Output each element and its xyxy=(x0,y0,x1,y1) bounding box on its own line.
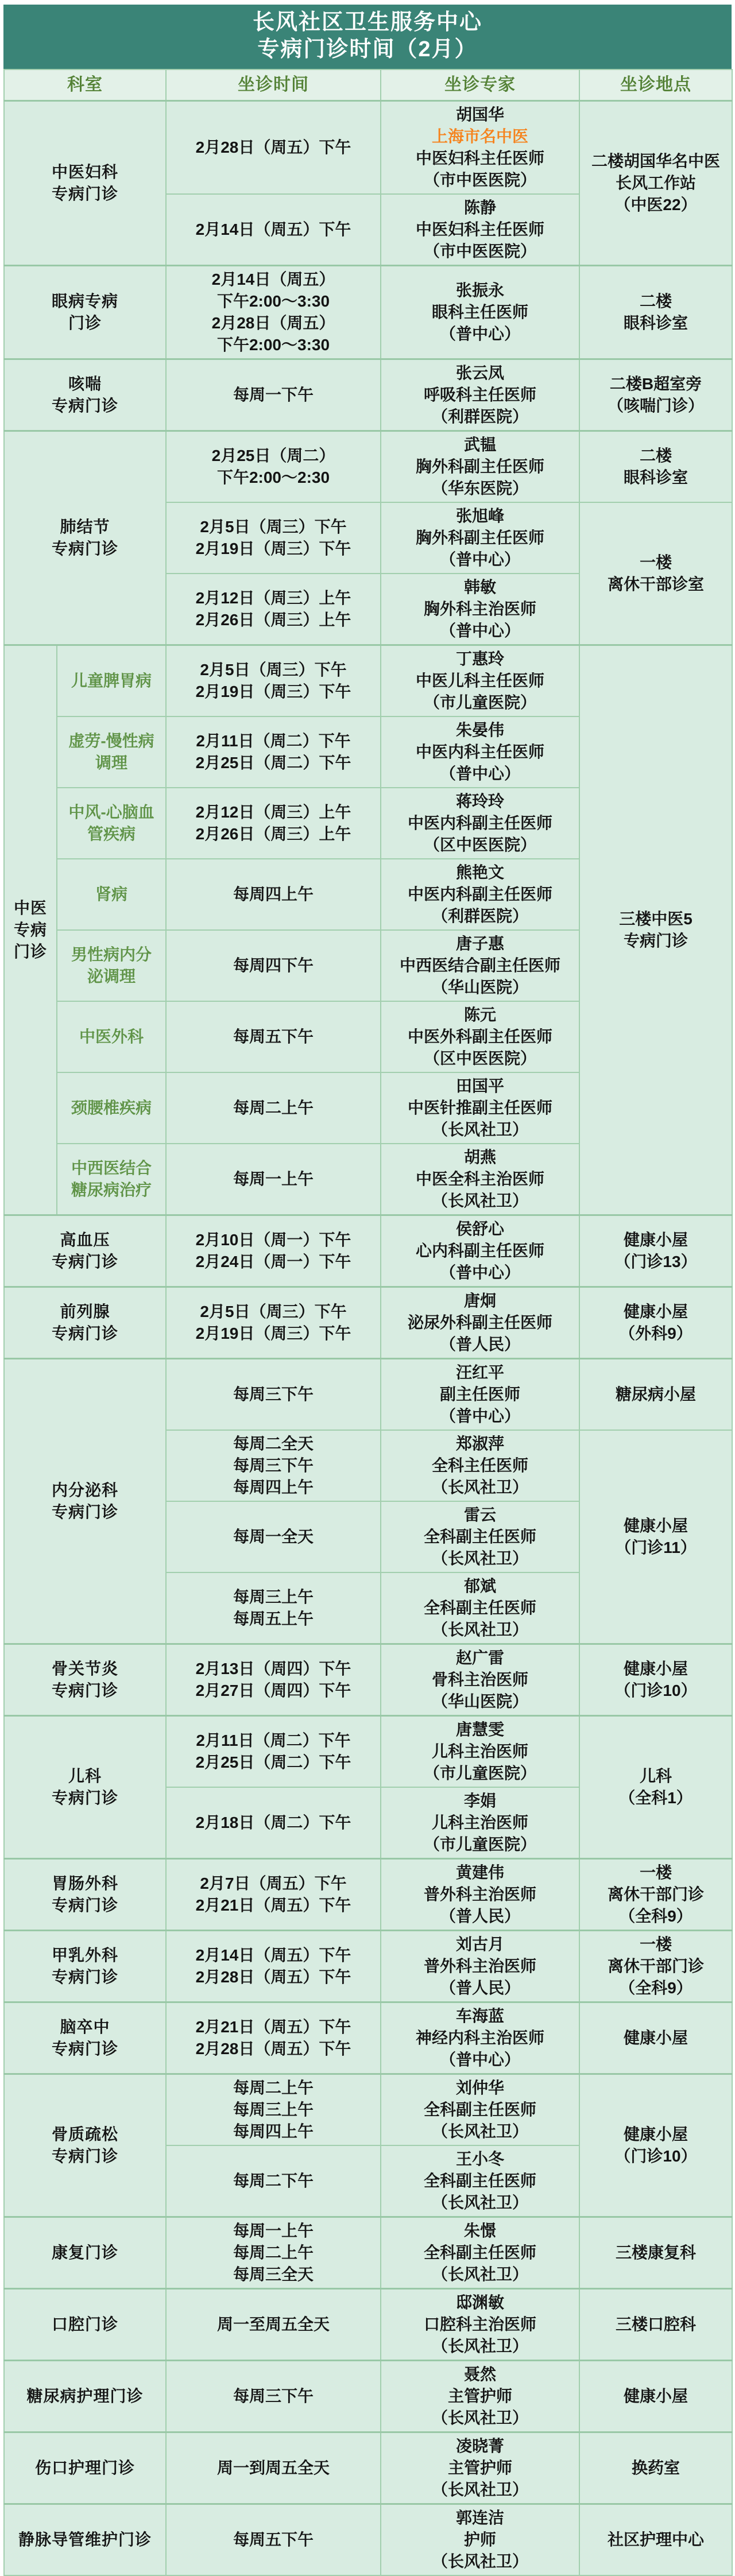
expert-title: 普外科主治医师 xyxy=(384,1884,577,1905)
expert-name: 韩敏 xyxy=(384,576,577,598)
expert-hospital: （华东医院） xyxy=(384,478,577,499)
expert-name: 侯舒心 xyxy=(384,1218,577,1240)
expert-hospital: （区中医医院） xyxy=(384,834,577,856)
expert-cell: 唐炯泌尿外科副主任医师（普人民） xyxy=(381,1287,579,1359)
expert-title: 全科副主任医师 xyxy=(384,2099,577,2121)
column-header-time: 坐诊时间 xyxy=(166,69,381,101)
expert-name: 胡国华 xyxy=(384,104,577,126)
expert-title: 护师 xyxy=(384,2529,577,2551)
department-cell: 甲乳外科 专病门诊 xyxy=(4,1931,166,2002)
expert-title: 全科主任医师 xyxy=(384,1455,577,1477)
expert-title: 全科副主任医师 xyxy=(384,2242,577,2264)
location-cell: 一楼 离休干部门诊 （全科9） xyxy=(579,1859,732,1931)
schedule-sheet: 长风社区卫生服务中心 专病门诊时间（2月） 科室 坐诊时间 坐诊专家 坐诊地点 … xyxy=(3,5,732,2576)
expert-name: 朱憬 xyxy=(384,2220,577,2242)
time-cell: 每周三上午 每周五上午 xyxy=(166,1572,381,1644)
location-cell: 健康小屋 （门诊13） xyxy=(579,1215,732,1287)
sub-department-cell: 中医外科 xyxy=(57,1001,166,1072)
expert-cell: 陈元中医外科副主任医师（区中医医院） xyxy=(381,1001,579,1072)
expert-title: 中医针推副主任医师 xyxy=(384,1097,577,1119)
time-cell: 2月11日（周二）下午 2月25日（周二）下午 xyxy=(166,716,381,788)
expert-cell: 朱憬全科副主任医师（长风社卫） xyxy=(381,2217,579,2289)
schedule-row: 静脉导管维护门诊每周五下午郭连洁护师（长风社卫）社区护理中心 xyxy=(4,2504,732,2576)
expert-name: 郑淑萍 xyxy=(384,1433,577,1455)
expert-cell: 郑淑萍全科主任医师（长风社卫） xyxy=(381,1430,579,1501)
expert-title: 中医内科主任医师 xyxy=(384,741,577,763)
location-cell: 健康小屋 （门诊10） xyxy=(579,1644,732,1716)
schedule-subtitle: 专病门诊时间（2月） xyxy=(3,36,732,63)
location-cell: 二楼胡国华名中医 长风工作站 （中医22） xyxy=(579,101,732,266)
expert-name: 赵广雷 xyxy=(384,1647,577,1669)
schedule-row: 高血压 专病门诊2月10日（周一）下午 2月24日（周一）下午侯舒心心内科副主任… xyxy=(4,1215,732,1287)
expert-cell: 田国平中医针推副主任医师（长风社卫） xyxy=(381,1072,579,1144)
time-cell: 每周一上午 xyxy=(166,1144,381,1215)
expert-cell: 熊艳文中医内科副主任医师（利群医院） xyxy=(381,859,579,930)
schedule-row: 口腔门诊周一至周五全天邸渊敏口腔科主治医师（长风社卫）三楼口腔科 xyxy=(4,2289,732,2361)
location-cell: 社区护理中心 xyxy=(579,2504,732,2576)
expert-title: 儿科主治医师 xyxy=(384,1812,577,1834)
expert-title: 眼科主任医师 xyxy=(384,301,577,323)
expert-name: 汪红平 xyxy=(384,1362,577,1384)
time-cell: 每周二上午 xyxy=(166,1072,381,1144)
time-cell: 每周三下午 xyxy=(166,2361,381,2432)
expert-name: 刘仲华 xyxy=(384,2077,577,2099)
expert-name: 车海蓝 xyxy=(384,2005,577,2027)
department-cell: 骨关节炎 专病门诊 xyxy=(4,1644,166,1716)
title-bar: 长风社区卫生服务中心 专病门诊时间（2月） xyxy=(3,5,732,69)
expert-hospital: （长风社卫） xyxy=(384,1619,577,1641)
schedule-body: 中医妇科 专病门诊2月28日（周五）下午胡国华上海市名中医中医妇科主任医师（市中… xyxy=(4,101,732,2576)
expert-hospital: （普人民） xyxy=(384,1334,577,1355)
expert-hospital: （普中心） xyxy=(384,1262,577,1284)
time-cell: 2月21日（周五）下午 2月28日（周五）下午 xyxy=(166,2002,381,2074)
time-cell: 2月25日（周二） 下午2:00～2:30 xyxy=(166,431,381,503)
clinic-title: 长风社区卫生服务中心 xyxy=(3,9,732,36)
column-header-expert: 坐诊专家 xyxy=(381,69,579,101)
location-cell: 健康小屋 xyxy=(579,2361,732,2432)
expert-cell: 唐子惠中西医结合副主任医师（华山医院） xyxy=(381,930,579,1001)
expert-cell: 赵广雷骨科主治医师（华山医院） xyxy=(381,1644,579,1716)
expert-name: 黄建伟 xyxy=(384,1862,577,1884)
expert-cell: 黄建伟普外科主治医师（普人民） xyxy=(381,1859,579,1931)
sub-department-cell: 男性病内分 泌调理 xyxy=(57,930,166,1001)
department-cell: 咳喘 专病门诊 xyxy=(4,359,166,431)
schedule-row: 骨质疏松 专病门诊每周二上午 每周三上午 每周四上午刘仲华全科副主任医师（长风社… xyxy=(4,2074,732,2146)
expert-cell: 李娟儿科主治医师（市儿童医院） xyxy=(381,1787,579,1859)
expert-hospital: （区中医医院） xyxy=(384,1048,577,1070)
expert-title: 神经内科主治医师 xyxy=(384,2027,577,2049)
location-cell: 三楼中医5 专病门诊 xyxy=(579,645,732,1215)
expert-hospital: （长风社卫） xyxy=(384,1548,577,1570)
expert-hospital: （长风社卫） xyxy=(384,1190,577,1212)
schedule-row: 前列腺 专病门诊2月5日（周三）下午 2月19日（周三）下午唐炯泌尿外科副主任医… xyxy=(4,1287,732,1359)
time-cell: 每周二下午 xyxy=(166,2145,381,2217)
expert-title: 儿科主治医师 xyxy=(384,1741,577,1762)
location-cell: 健康小屋 （外科9） xyxy=(579,1287,732,1359)
expert-honor: 上海市名中医 xyxy=(384,126,577,148)
expert-hospital: （长风社卫） xyxy=(384,2121,577,2143)
expert-name: 陈元 xyxy=(384,1004,577,1026)
time-cell: 每周五下午 xyxy=(166,1001,381,1072)
expert-name: 聂然 xyxy=(384,2364,577,2385)
schedule-row: 脑卒中 专病门诊2月21日（周五）下午 2月28日（周五）下午车海蓝神经内科主治… xyxy=(4,2002,732,2074)
expert-hospital: （长风社卫） xyxy=(384,1119,577,1141)
time-cell: 2月28日（周五）下午 xyxy=(166,101,381,195)
department-cell: 糖尿病护理门诊 xyxy=(4,2361,166,2432)
expert-hospital: （长风社卫） xyxy=(384,2551,577,2573)
expert-cell: 朱晏伟中医内科主任医师（普中心） xyxy=(381,716,579,788)
department-cell: 眼病专病 门诊 xyxy=(4,266,166,359)
expert-title: 中医妇科主任医师 xyxy=(384,148,577,169)
expert-title: 中医妇科主任医师 xyxy=(384,219,577,241)
expert-name: 张振永 xyxy=(384,280,577,301)
expert-title: 普外科主治医师 xyxy=(384,1955,577,1977)
expert-title: 中医内科副主任医师 xyxy=(384,884,577,905)
expert-cell: 汪红平副主任医师（普中心） xyxy=(381,1359,579,1431)
expert-name: 王小冬 xyxy=(384,2148,577,2170)
expert-name: 陈静 xyxy=(384,197,577,219)
location-cell: 健康小屋 xyxy=(579,2002,732,2074)
expert-name: 邸渊敏 xyxy=(384,2292,577,2314)
time-cell: 2月12日（周三）上午 2月26日（周三）上午 xyxy=(166,574,381,645)
expert-cell: 韩敏胸外科主治医师（普中心） xyxy=(381,574,579,645)
expert-name: 唐慧雯 xyxy=(384,1719,577,1741)
expert-name: 李娟 xyxy=(384,1790,577,1812)
expert-title: 胸外科主治医师 xyxy=(384,598,577,620)
expert-title: 中医全科主治医师 xyxy=(384,1168,577,1190)
expert-name: 雷云 xyxy=(384,1504,577,1526)
expert-name: 熊艳文 xyxy=(384,862,577,884)
time-cell: 每周二全天 每周三下午 每周四上午 xyxy=(166,1430,381,1501)
expert-title: 胸外科副主任医师 xyxy=(384,527,577,549)
location-cell: 健康小屋 （门诊10） xyxy=(579,2074,732,2217)
expert-name: 刘古月 xyxy=(384,1934,577,1955)
expert-title: 中医外科副主任医师 xyxy=(384,1026,577,1048)
schedule-row: 咳喘 专病门诊每周一下午张云凤呼吸科主任医师（利群医院）二楼B超室旁 （咳喘门诊… xyxy=(4,359,732,431)
time-cell: 每周四下午 xyxy=(166,930,381,1001)
time-cell: 2月18日（周二）下午 xyxy=(166,1787,381,1859)
expert-name: 武韫 xyxy=(384,434,577,456)
department-cell: 中医妇科 专病门诊 xyxy=(4,101,166,266)
expert-title: 心内科副主任医师 xyxy=(384,1240,577,1262)
time-cell: 2月10日（周一）下午 2月24日（周一）下午 xyxy=(166,1215,381,1287)
schedule-row: 胃肠外科 专病门诊2月7日（周五）下午 2月21日（周五）下午黄建伟普外科主治医… xyxy=(4,1859,732,1931)
department-cell: 中医 专病 门诊 xyxy=(4,645,57,1215)
location-cell: 儿科 （全科1） xyxy=(579,1716,732,1859)
department-cell: 口腔门诊 xyxy=(4,2289,166,2361)
expert-cell: 胡国华上海市名中医中医妇科主任医师（市中医医院） xyxy=(381,101,579,195)
expert-cell: 侯舒心心内科副主任医师（普中心） xyxy=(381,1215,579,1287)
department-cell: 脑卒中 专病门诊 xyxy=(4,2002,166,2074)
sub-department-cell: 肾病 xyxy=(57,859,166,930)
time-cell: 每周三下午 xyxy=(166,1359,381,1431)
department-cell: 骨质疏松 专病门诊 xyxy=(4,2074,166,2217)
expert-hospital: （长风社卫） xyxy=(384,2192,577,2214)
department-cell: 内分泌科 专病门诊 xyxy=(4,1359,166,1644)
time-cell: 周一至周五全天 xyxy=(166,2289,381,2361)
department-cell: 肺结节 专病门诊 xyxy=(4,431,166,645)
expert-name: 郁斌 xyxy=(384,1575,577,1597)
schedule-row: 康复门诊每周一上午 每周二上午 每周三全天朱憬全科副主任医师（长风社卫）三楼康复… xyxy=(4,2217,732,2289)
expert-name: 张云凤 xyxy=(384,362,577,384)
expert-name: 郭连洁 xyxy=(384,2507,577,2529)
department-cell: 伤口护理门诊 xyxy=(4,2432,166,2504)
location-cell: 糖尿病小屋 xyxy=(579,1359,732,1431)
time-cell: 2月5日（周三）下午 2月19日（周三）下午 xyxy=(166,1287,381,1359)
expert-hospital: （市儿童医院） xyxy=(384,1834,577,1856)
schedule-row: 伤口护理门诊周一到周五全天凌晓菁主管护师（长风社卫）换药室 xyxy=(4,2432,732,2504)
expert-cell: 邸渊敏口腔科主治医师（长风社卫） xyxy=(381,2289,579,2361)
schedule-row: 肺结节 专病门诊2月25日（周二） 下午2:00～2:30武韫胸外科副主任医师（… xyxy=(4,431,732,503)
expert-cell: 武韫胸外科副主任医师（华东医院） xyxy=(381,431,579,503)
sub-department-cell: 中西医结合 糖尿病治疗 xyxy=(57,1144,166,1215)
expert-title: 全科副主任医师 xyxy=(384,1526,577,1548)
time-cell: 每周四上午 xyxy=(166,859,381,930)
expert-cell: 张旭峰胸外科副主任医师（普中心） xyxy=(381,502,579,574)
expert-cell: 刘古月普外科主治医师（普人民） xyxy=(381,1931,579,2002)
expert-name: 蒋玲玲 xyxy=(384,791,577,812)
expert-cell: 郁斌全科副主任医师（长风社卫） xyxy=(381,1572,579,1644)
expert-hospital: （长风社卫） xyxy=(384,2479,577,2501)
expert-name: 朱晏伟 xyxy=(384,719,577,741)
expert-hospital: （华山医院） xyxy=(384,1691,577,1713)
column-header-location: 坐诊地点 xyxy=(579,69,732,101)
time-cell: 每周二上午 每周三上午 每周四上午 xyxy=(166,2074,381,2146)
expert-title: 中医儿科主任医师 xyxy=(384,670,577,692)
time-cell: 2月11日（周二）下午 2月25日（周二）下午 xyxy=(166,1716,381,1788)
expert-name: 凌晓菁 xyxy=(384,2435,577,2457)
expert-name: 唐子惠 xyxy=(384,933,577,955)
expert-title: 全科副主任医师 xyxy=(384,2170,577,2192)
expert-hospital: （长风社卫） xyxy=(384,2407,577,2429)
expert-hospital: （普中心） xyxy=(384,620,577,642)
expert-hospital: （普中心） xyxy=(384,763,577,785)
expert-hospital: （长风社卫） xyxy=(384,2335,577,2357)
expert-cell: 凌晓菁主管护师（长风社卫） xyxy=(381,2432,579,2504)
schedule-table: 科室 坐诊时间 坐诊专家 坐诊地点 中医妇科 专病门诊2月28日（周五）下午胡国… xyxy=(3,69,733,2576)
schedule-row: 骨关节炎 专病门诊2月13日（周四）下午 2月27日（周四）下午赵广雷骨科主治医… xyxy=(4,1644,732,1716)
expert-cell: 张振永眼科主任医师（普中心） xyxy=(381,266,579,359)
expert-hospital: （市儿童医院） xyxy=(384,692,577,714)
time-cell: 2月14日（周五）下午 2月28日（周五）下午 xyxy=(166,1931,381,2002)
time-cell: 2月12日（周三）上午 2月26日（周三）上午 xyxy=(166,788,381,859)
location-cell: 二楼 眼科诊室 xyxy=(579,431,732,503)
expert-title: 主管护师 xyxy=(384,2385,577,2407)
expert-hospital: （普中心） xyxy=(384,549,577,571)
expert-hospital: （华山医院） xyxy=(384,977,577,998)
department-cell: 高血压 专病门诊 xyxy=(4,1215,166,1287)
time-cell: 2月5日（周三）下午 2月19日（周三）下午 xyxy=(166,502,381,574)
department-cell: 胃肠外科 专病门诊 xyxy=(4,1859,166,1931)
expert-title: 中医内科副主任医师 xyxy=(384,812,577,834)
expert-cell: 刘仲华全科副主任医师（长风社卫） xyxy=(381,2074,579,2146)
location-cell: 二楼B超室旁 （咳喘门诊） xyxy=(579,359,732,431)
expert-title: 全科副主任医师 xyxy=(384,1597,577,1619)
department-cell: 静脉导管维护门诊 xyxy=(4,2504,166,2576)
expert-hospital: （普中心） xyxy=(384,2049,577,2071)
expert-name: 唐炯 xyxy=(384,1290,577,1312)
schedule-row: 糖尿病护理门诊每周三下午聂然主管护师（长风社卫）健康小屋 xyxy=(4,2361,732,2432)
location-cell: 二楼 眼科诊室 xyxy=(579,266,732,359)
column-header-row: 科室 坐诊时间 坐诊专家 坐诊地点 xyxy=(4,69,732,101)
expert-cell: 车海蓝神经内科主治医师（普中心） xyxy=(381,2002,579,2074)
expert-cell: 郭连洁护师（长风社卫） xyxy=(381,2504,579,2576)
expert-hospital: （普中心） xyxy=(384,1405,577,1427)
column-header-department: 科室 xyxy=(4,69,166,101)
location-cell: 三楼康复科 xyxy=(579,2217,732,2289)
expert-cell: 雷云全科副主任医师（长风社卫） xyxy=(381,1501,579,1572)
time-cell: 2月14日（周五）下午 xyxy=(166,194,381,266)
expert-title: 副主任医师 xyxy=(384,1384,577,1405)
expert-title: 骨科主治医师 xyxy=(384,1669,577,1691)
expert-hospital: （利群医院） xyxy=(384,905,577,927)
expert-name: 张旭峰 xyxy=(384,505,577,527)
expert-hospital: （长风社卫） xyxy=(384,2264,577,2286)
expert-hospital: （普中心） xyxy=(384,323,577,345)
time-cell: 2月5日（周三）下午 2月19日（周三）下午 xyxy=(166,645,381,717)
location-cell: 换药室 xyxy=(579,2432,732,2504)
sub-department-cell: 虚劳-慢性病 调理 xyxy=(57,716,166,788)
expert-name: 丁惠玲 xyxy=(384,648,577,670)
time-cell: 2月14日（周五） 下午2:00～3:30 2月28日（周五） 下午2:00～3… xyxy=(166,266,381,359)
location-cell: 健康小屋 （门诊11） xyxy=(579,1430,732,1644)
location-cell: 三楼口腔科 xyxy=(579,2289,732,2361)
sub-department-cell: 中风-心脑血 管疾病 xyxy=(57,788,166,859)
expert-title: 中西医结合副主任医师 xyxy=(384,955,577,977)
expert-cell: 陈静中医妇科主任医师（市中医医院） xyxy=(381,194,579,266)
expert-hospital: （市中医医院） xyxy=(384,241,577,262)
location-cell: 一楼 离休干部诊室 xyxy=(579,502,732,645)
expert-cell: 唐慧雯儿科主治医师（市儿童医院） xyxy=(381,1716,579,1788)
expert-hospital: （长风社卫） xyxy=(384,1477,577,1498)
expert-hospital: （利群医院） xyxy=(384,406,577,428)
time-cell: 每周一全天 xyxy=(166,1501,381,1572)
schedule-row: 内分泌科 专病门诊每周三下午汪红平副主任医师（普中心）糖尿病小屋 xyxy=(4,1359,732,1431)
department-cell: 前列腺 专病门诊 xyxy=(4,1287,166,1359)
expert-cell: 王小冬全科副主任医师（长风社卫） xyxy=(381,2145,579,2217)
expert-hospital: （普人民） xyxy=(384,1977,577,1999)
expert-title: 主管护师 xyxy=(384,2457,577,2479)
time-cell: 2月13日（周四）下午 2月27日（周四）下午 xyxy=(166,1644,381,1716)
expert-cell: 聂然主管护师（长风社卫） xyxy=(381,2361,579,2432)
expert-hospital: （市儿童医院） xyxy=(384,1762,577,1784)
location-cell: 一楼 离休干部门诊 （全科9） xyxy=(579,1931,732,2002)
schedule-row: 眼病专病 门诊2月14日（周五） 下午2:00～3:30 2月28日（周五） 下… xyxy=(4,266,732,359)
expert-cell: 丁惠玲中医儿科主任医师（市儿童医院） xyxy=(381,645,579,717)
expert-title: 胸外科副主任医师 xyxy=(384,456,577,478)
expert-name: 胡燕 xyxy=(384,1146,577,1168)
expert-cell: 张云凤呼吸科主任医师（利群医院） xyxy=(381,359,579,431)
schedule-row: 甲乳外科 专病门诊2月14日（周五）下午 2月28日（周五）下午刘古月普外科主治… xyxy=(4,1931,732,2002)
time-cell: 每周五下午 xyxy=(166,2504,381,2576)
expert-cell: 蒋玲玲中医内科副主任医师（区中医医院） xyxy=(381,788,579,859)
time-cell: 每周一下午 xyxy=(166,359,381,431)
department-cell: 康复门诊 xyxy=(4,2217,166,2289)
expert-title: 呼吸科主任医师 xyxy=(384,384,577,406)
expert-hospital: （市中医医院） xyxy=(384,169,577,191)
time-cell: 周一到周五全天 xyxy=(166,2432,381,2504)
expert-title: 泌尿外科副主任医师 xyxy=(384,1312,577,1334)
sub-department-cell: 儿童脾胃病 xyxy=(57,645,166,717)
sub-department-cell: 颈腰椎疾病 xyxy=(57,1072,166,1144)
expert-hospital: （普人民） xyxy=(384,1905,577,1927)
expert-title: 口腔科主治医师 xyxy=(384,2314,577,2335)
time-cell: 2月7日（周五）下午 2月21日（周五）下午 xyxy=(166,1859,381,1931)
schedule-row: 中医妇科 专病门诊2月28日（周五）下午胡国华上海市名中医中医妇科主任医师（市中… xyxy=(4,101,732,195)
expert-name: 田国平 xyxy=(384,1075,577,1097)
time-cell: 每周一上午 每周二上午 每周三全天 xyxy=(166,2217,381,2289)
department-cell: 儿科 专病门诊 xyxy=(4,1716,166,1859)
expert-cell: 胡燕中医全科主治医师（长风社卫） xyxy=(381,1144,579,1215)
schedule-row: 儿科 专病门诊2月11日（周二）下午 2月25日（周二）下午唐慧雯儿科主治医师（… xyxy=(4,1716,732,1788)
schedule-row: 中医 专病 门诊儿童脾胃病2月5日（周三）下午 2月19日（周三）下午丁惠玲中医… xyxy=(4,645,732,717)
